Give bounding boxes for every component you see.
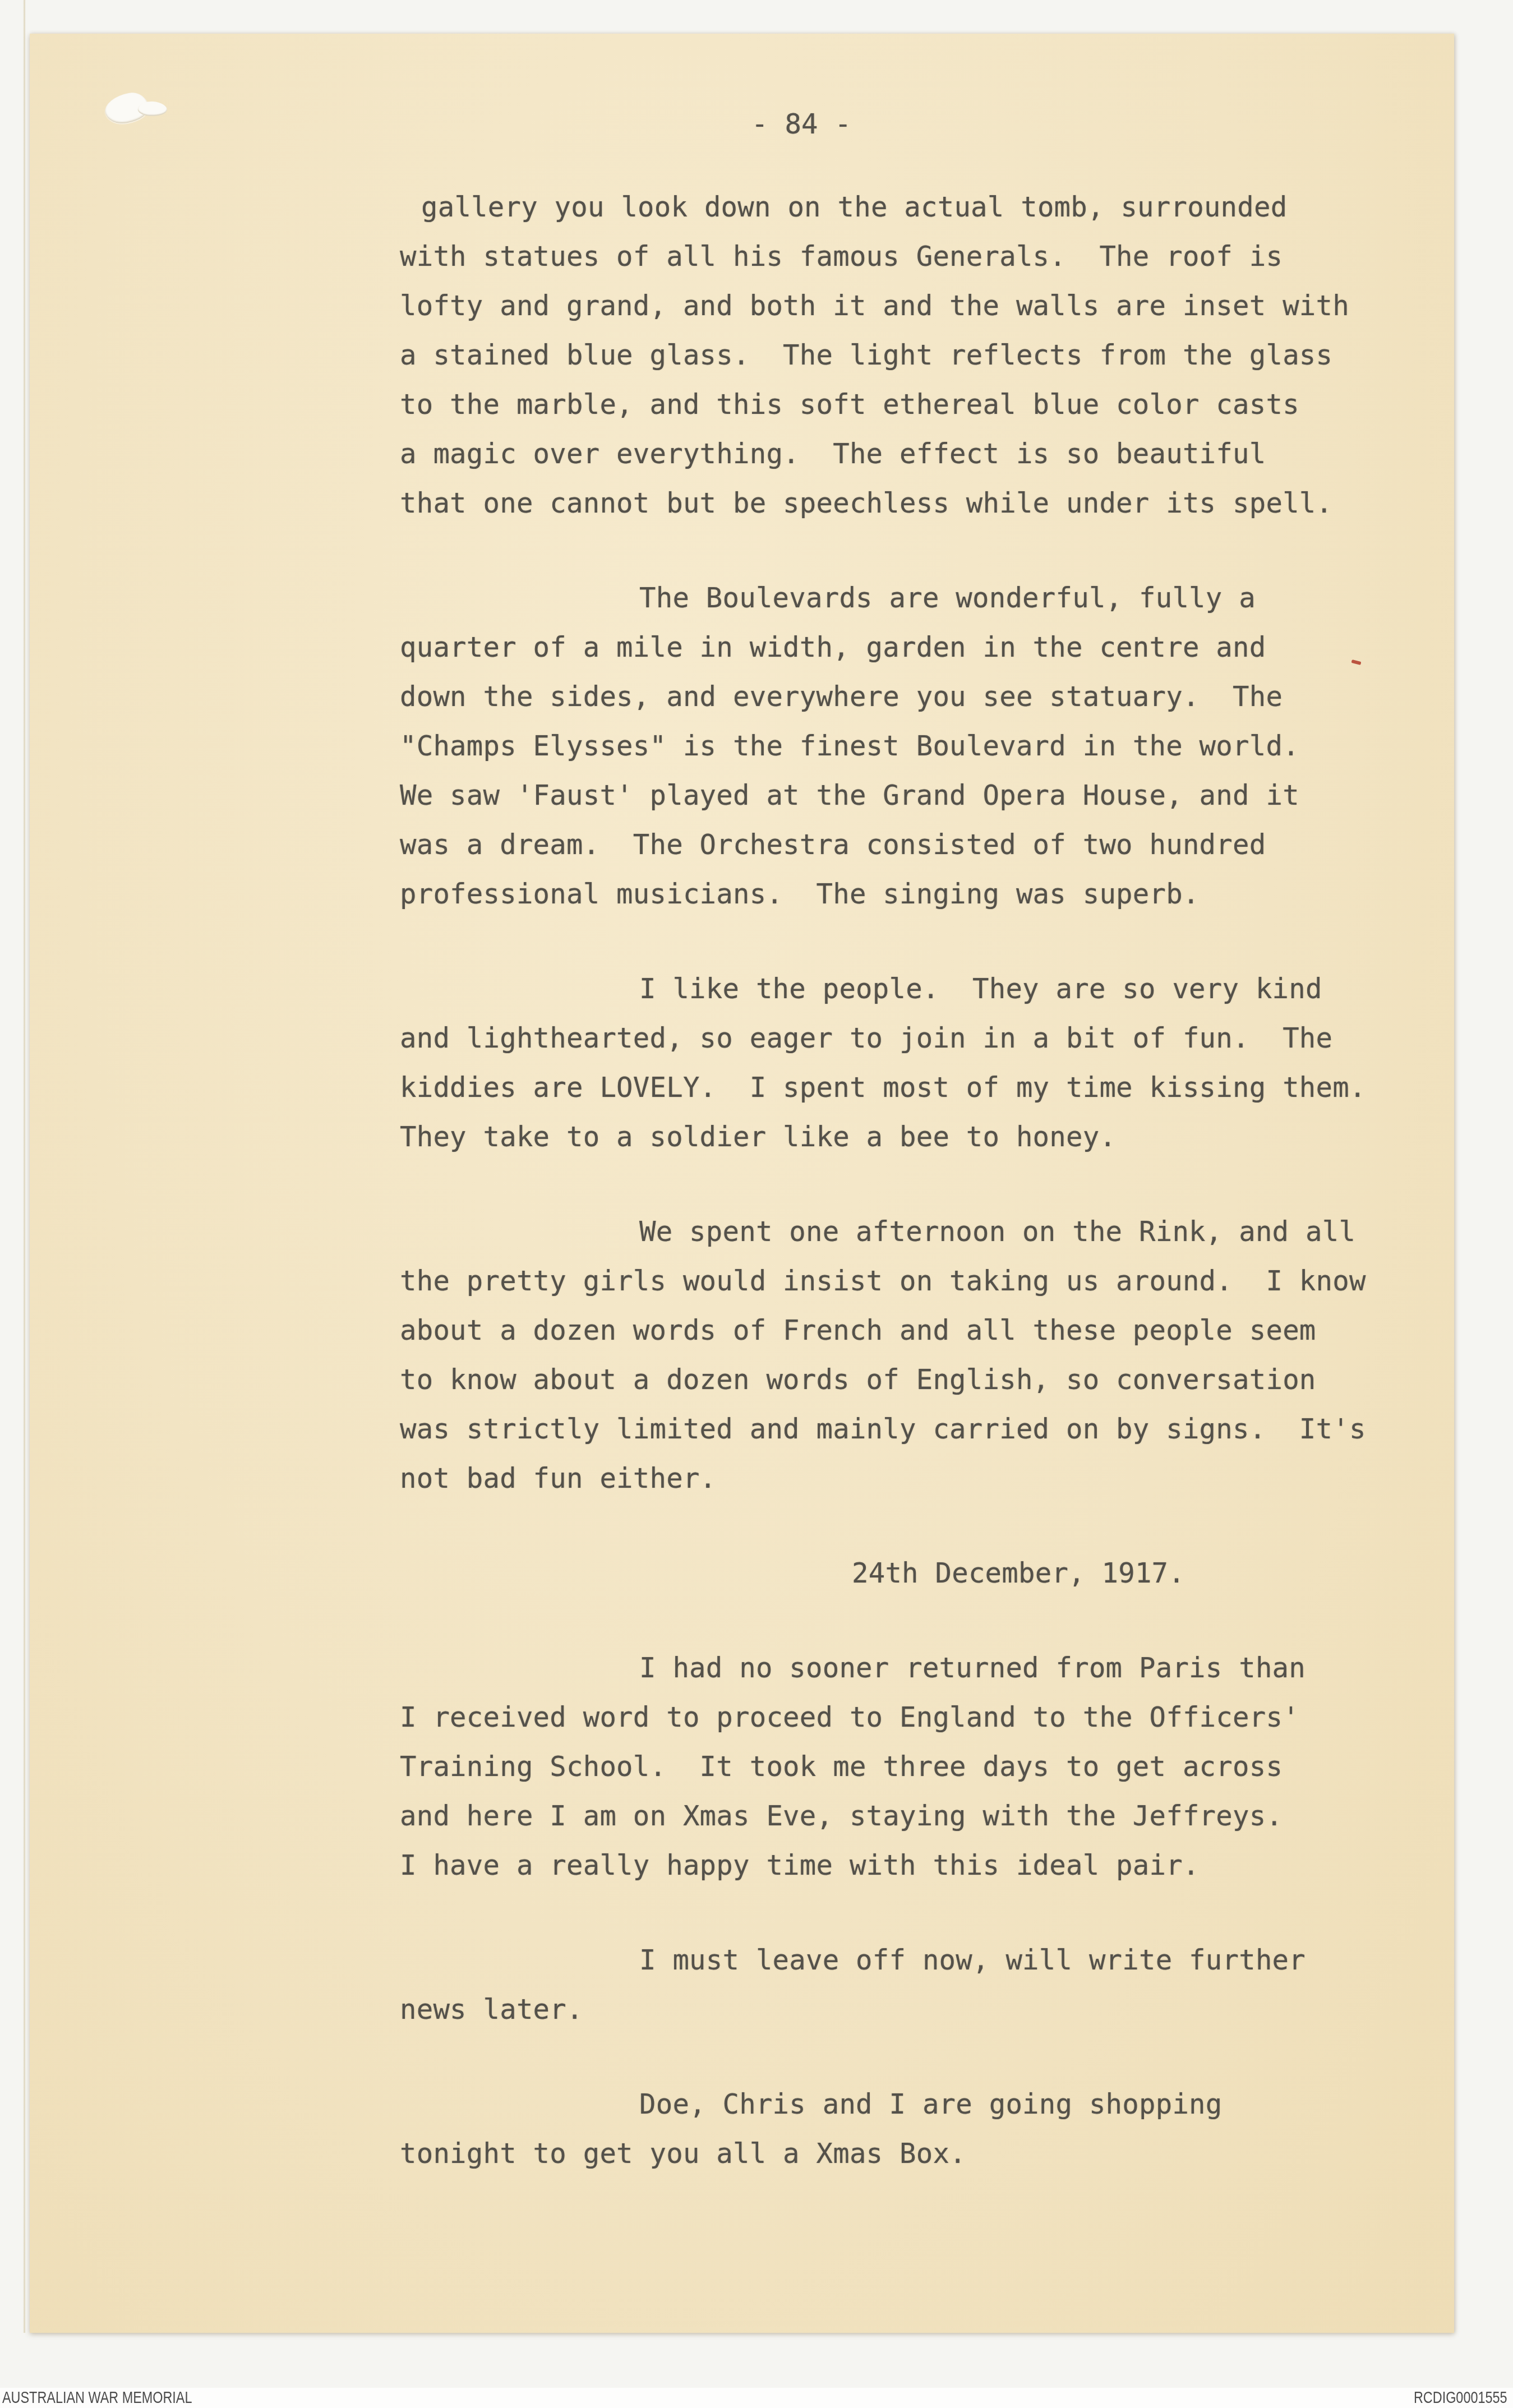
text-line: gallery you look down on the actual tomb… (400, 183, 1404, 232)
text-line: the pretty girls would insist on taking … (400, 1257, 1404, 1306)
text-line: We spent one afternoon on the Rink, and … (400, 1207, 1404, 1257)
text-line: The Boulevards are wonderful, fully a (400, 574, 1404, 623)
text-line: and here I am on Xmas Eve, staying with … (400, 1792, 1404, 1841)
text-line: I must leave off now, will write further (400, 1936, 1404, 1985)
text-line: Training School. It took me three days t… (400, 1742, 1404, 1792)
text-line: lofty and grand, and both it and the wal… (400, 282, 1404, 331)
text-line: Doe, Chris and I are going shopping (400, 2080, 1404, 2129)
paragraph: Doe, Chris and I are going shoppingtonig… (400, 2080, 1404, 2179)
text-line: professional musicians. The singing was … (400, 870, 1404, 919)
record-id-label: RCDIG0001555 (1413, 2387, 1507, 2408)
text-line: was a dream. The Orchestra consisted of … (400, 820, 1404, 870)
text-line: a magic over everything. The effect is s… (400, 430, 1404, 479)
text-line: I like the people. They are so very kind (400, 965, 1404, 1014)
text-line: They take to a soldier like a bee to hon… (400, 1113, 1404, 1162)
text-line: 24th December, 1917. (400, 1549, 1404, 1598)
text-line: a stained blue glass. The light reflects… (400, 331, 1404, 380)
text-line: I received word to proceed to England to… (400, 1693, 1404, 1742)
paragraph: We spent one afternoon on the Rink, and … (400, 1207, 1404, 1503)
text-line: to the marble, and this soft ethereal bl… (400, 380, 1404, 430)
text-line: about a dozen words of French and all th… (400, 1306, 1404, 1355)
text-line: not bad fun either. (400, 1454, 1404, 1503)
archive-name-label: AUSTRALIAN WAR MEMORIAL (2, 2387, 192, 2408)
text-line: to know about a dozen words of English, … (400, 1355, 1404, 1405)
text-line: quarter of a mile in width, garden in th… (400, 623, 1404, 672)
scanned-document: - 84 - gallery you look down on the actu… (0, 0, 1513, 2408)
text-line: "Champs Elysses" is the finest Boulevard… (400, 722, 1404, 771)
text-line: tonight to get you all a Xmas Box. (400, 2129, 1404, 2179)
text-line: kiddies are LOVELY. I spent most of my t… (400, 1063, 1404, 1113)
digitisation-footer: AUSTRALIAN WAR MEMORIAL RCDIG0001555 (0, 2388, 1513, 2408)
typewritten-text: gallery you look down on the actual tomb… (30, 34, 1454, 2179)
text-line: I had no sooner returned from Paris than (400, 1644, 1404, 1693)
text-line: and lighthearted, so eager to join in a … (400, 1014, 1404, 1063)
paragraph: I must leave off now, will write further… (400, 1936, 1404, 2035)
paragraph: gallery you look down on the actual tomb… (400, 183, 1404, 528)
text-line: was strictly limited and mainly carried … (400, 1405, 1404, 1454)
date-heading: 24th December, 1917. (400, 1549, 1404, 1598)
text-line: that one cannot but be speechless while … (400, 479, 1404, 528)
paragraph: I like the people. They are so very kind… (400, 965, 1404, 1162)
paragraph: The Boulevards are wonderful, fully aqua… (400, 574, 1404, 919)
typescript-page: - 84 - gallery you look down on the actu… (30, 34, 1454, 2333)
text-line: news later. (400, 1985, 1404, 2035)
paragraph: I had no sooner returned from Paris than… (400, 1644, 1404, 1890)
text-line: I have a really happy time with this ide… (400, 1841, 1404, 1890)
text-line: with statues of all his famous Generals.… (400, 232, 1404, 282)
paper-edge-seam (23, 0, 26, 2333)
text-line: We saw 'Faust' played at the Grand Opera… (400, 771, 1404, 820)
text-line: down the sides, and everywhere you see s… (400, 672, 1404, 722)
